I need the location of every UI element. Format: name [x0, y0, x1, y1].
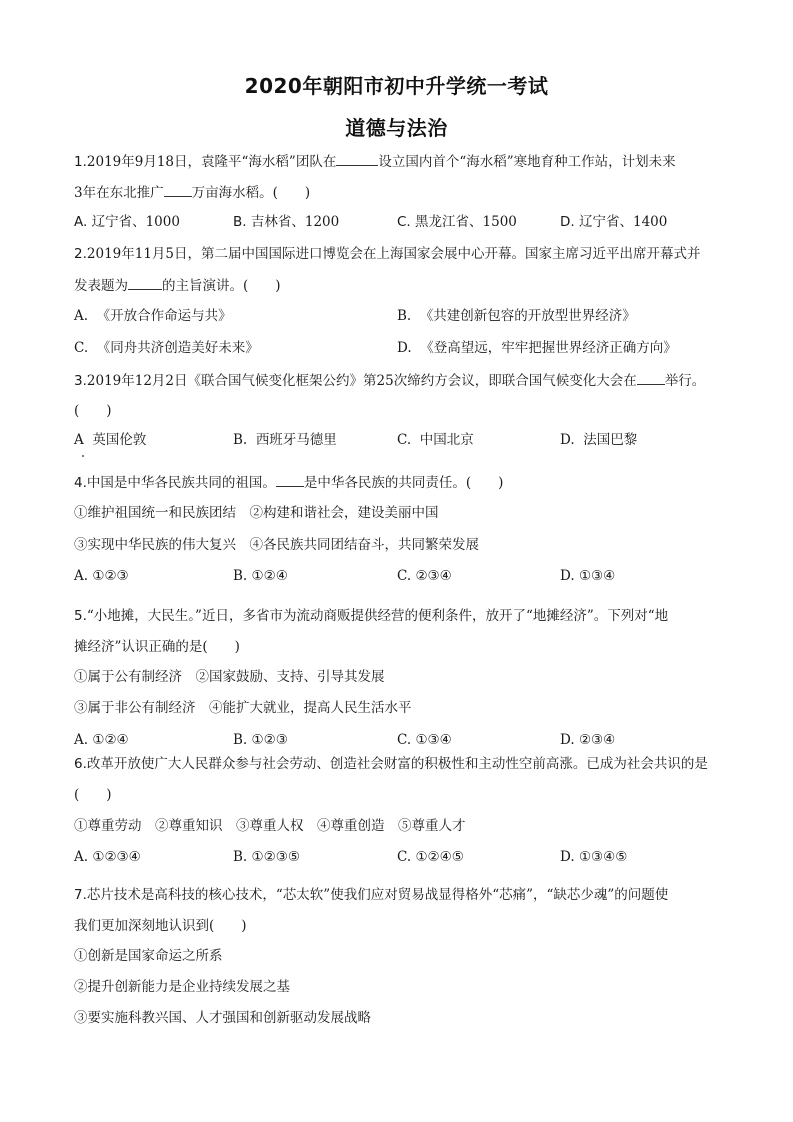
question-4-statements-2: ③实现中华民族的伟大复兴 ④各民族共同团结奋斗，共同繁荣发展	[74, 535, 479, 555]
question-7-statement-3: ③要实施科教兴国、人才强国和创新驱动发展战略	[74, 1008, 371, 1028]
question-5-option-b[interactable]: B. ①②③	[233, 730, 288, 750]
question-3-option-a[interactable]: A 英国伦敦	[74, 430, 146, 450]
exam-subject: 道德与法治	[0, 112, 793, 141]
question-6-option-c[interactable]: C. ①②④⑤	[397, 847, 464, 867]
question-2-option-b[interactable]: B. 《共建创新包容的开放型世界经济》	[397, 306, 636, 326]
answer-blank	[164, 182, 192, 197]
question-3-option-d[interactable]: D. 法国巴黎	[560, 430, 637, 450]
question-4-option-b[interactable]: B. ①②④	[233, 566, 288, 586]
question-1-option-c[interactable]: C. 黑龙江省、1500	[397, 212, 517, 232]
question-2-option-a[interactable]: A. 《开放合作命运与共》	[74, 306, 232, 326]
question-4-option-d[interactable]: D. ①③④	[560, 566, 615, 586]
question-6-option-b[interactable]: B. ①②③⑤	[233, 847, 300, 867]
exam-title: 2020年朝阳市初中升学统一考试	[0, 70, 793, 99]
question-2-option-c[interactable]: C. 《同舟共济创造美好未来》	[74, 338, 259, 358]
question-7-stem-line-2: 我们更加深刻地认识到( )	[74, 916, 247, 936]
question-3-option-b[interactable]: B. 西班牙马德里	[233, 430, 337, 450]
question-1-option-a[interactable]: A. 辽宁省、1000	[74, 212, 180, 232]
question-5-option-d[interactable]: D. ②③④	[560, 730, 615, 750]
question-6-statements: ①尊重劳动 ②尊重知识 ③尊重人权 ④尊重创造 ⑤尊重人才	[74, 816, 466, 836]
question-7-statement-1: ①创新是国家命运之所系	[74, 946, 223, 966]
question-1-option-d[interactable]: D. 辽宁省、1400	[560, 212, 667, 232]
question-1-stem-line-2: 3年在东北推广万亩海水稻。( )	[74, 182, 310, 203]
question-7-statement-2: ②提升创新能力是企业持续发展之基	[74, 977, 290, 997]
question-4-option-c[interactable]: C. ②③④	[397, 566, 452, 586]
question-2-option-d[interactable]: D. 《登高望远，牢牢把握世界经济正确方向》	[397, 338, 677, 358]
stray-mark	[82, 455, 84, 457]
exam-page: 2020年朝阳市初中升学统一考试 道德与法治 1.2019年9月18日，袁隆平“…	[0, 0, 793, 1122]
question-3-option-c[interactable]: C. 中国北京	[397, 430, 474, 450]
question-6-option-d[interactable]: D. ①③④⑤	[560, 847, 627, 867]
question-2-stem-line-1: 2.2019年11月5日，第二届中国国际进口博览会在上海国家会展中心开幕。国家主…	[74, 244, 701, 264]
answer-blank	[128, 275, 162, 290]
answer-blank	[336, 151, 378, 166]
question-3-stem-line-1: 3.2019年12月2日《联合国气候变化框架公约》第25次缔约方会议，即联合国气…	[74, 370, 705, 391]
question-6-stem-line-2: ( )	[74, 785, 112, 805]
question-number: 1.	[74, 154, 87, 170]
question-4-option-a[interactable]: A. ①②③	[74, 566, 129, 586]
question-7-stem-line-1: 7.芯片技术是高科技的核心技术，“芯太软”使我们应对贸易战显得格外“芯痛”，“缺…	[74, 885, 668, 905]
question-1-stem-line-1: 1.2019年9月18日，袁隆平“海水稻”团队在设立国内首个“海水稻”寒地育种工…	[74, 151, 676, 172]
question-5-stem-line-1: 5.“小地摊，大民生。”近日，多省市为流动商贩提供经营的便利条件，放开了“地摊经…	[74, 606, 668, 626]
question-4-stem: 4.中国是中华各民族共同的祖国。是中华各民族的共同责任。( )	[74, 472, 503, 493]
question-6-option-a[interactable]: A. ①②③④	[74, 847, 141, 867]
question-5-option-a[interactable]: A. ①②④	[74, 730, 129, 750]
question-3-stem-line-2: ( )	[74, 401, 112, 421]
question-5-statements-2: ③属于非公有制经济 ④能扩大就业，提高人民生活水平	[74, 698, 412, 718]
answer-blank	[637, 370, 665, 385]
question-1-option-b[interactable]: B. 吉林省、1200	[233, 212, 339, 232]
answer-blank	[276, 472, 304, 487]
question-2-stem-line-2: 发表题为的主旨演讲。( )	[74, 275, 281, 296]
question-6-stem-line-1: 6.改革开放使广大人民群众参与社会劳动、创造社会财富的积极性和主动性空前高涨。已…	[74, 754, 708, 774]
question-5-stem-line-2: 摊经济”认识正确的是( )	[74, 637, 240, 657]
question-5-statements-1: ①属于公有制经济 ②国家鼓励、支持、引导其发展	[74, 667, 385, 687]
question-4-statements-1: ①维护祖国统一和民族团结 ②构建和谐社会，建设美丽中国	[74, 503, 439, 523]
question-5-option-c[interactable]: C. ①③④	[397, 730, 452, 750]
